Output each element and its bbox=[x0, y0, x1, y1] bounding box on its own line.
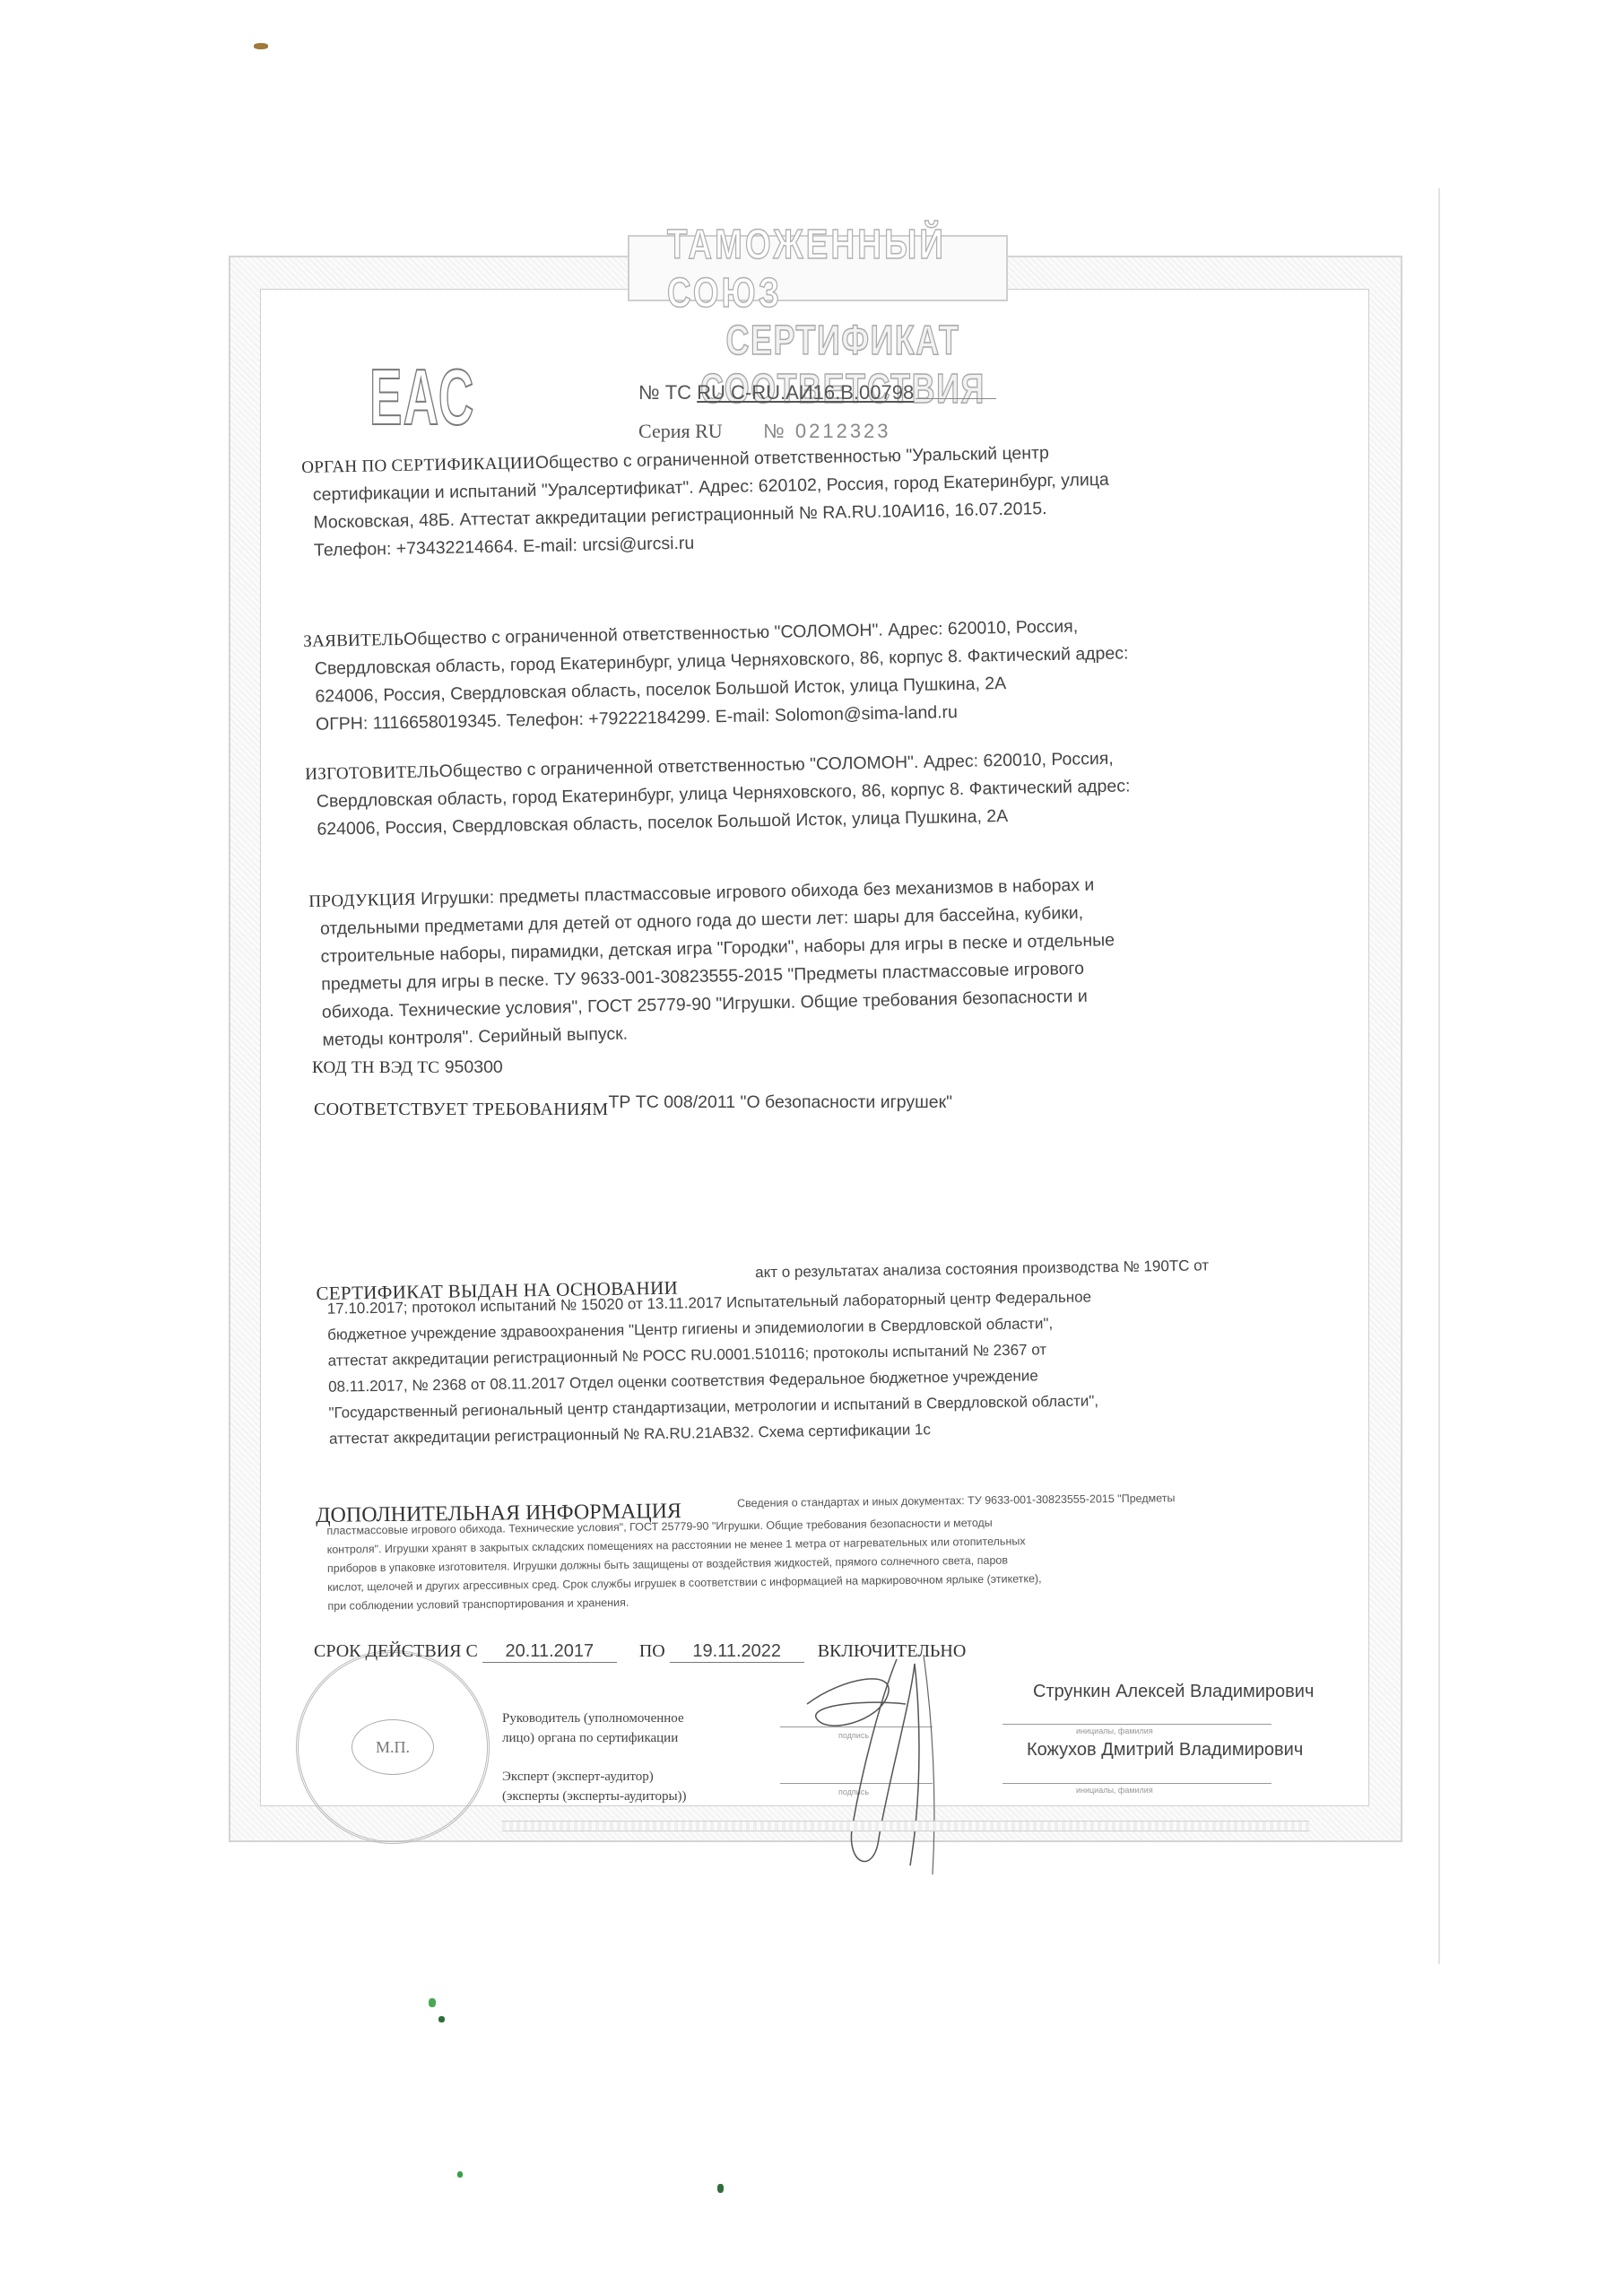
cert-body-section: ОРГАН ПО СЕРТИФИКАЦИИОбщество с ограниче… bbox=[301, 433, 1370, 565]
name-caption: инициалы, фамилия bbox=[1076, 1726, 1153, 1735]
head-name-line bbox=[1002, 1724, 1271, 1725]
product-section: ПРОДУКЦИЯ Игрушки: предметы пластмассовы… bbox=[308, 865, 1379, 1055]
validity-to-date: 19.11.2022 bbox=[670, 1641, 804, 1663]
banner-text: ТАМОЖЕННЫЙ СОЮЗ bbox=[667, 220, 968, 317]
expert-role-line: (эксперты (эксперты-аудиторы)) bbox=[502, 1787, 687, 1806]
basis-section: акт о результатах анализа состояния прои… bbox=[316, 1249, 1385, 1452]
conformity-value: ТР ТС 008/2011 "О безопасности игрушек" bbox=[608, 1092, 952, 1112]
expert-role: Эксперт (эксперт-аудитор) (эксперты (экс… bbox=[502, 1767, 687, 1806]
scan-speck bbox=[254, 43, 268, 49]
series-number: № 0212323 bbox=[763, 420, 890, 442]
expert-name: Кожухов Дмитрий Владимирович bbox=[1027, 1740, 1303, 1761]
additional-info-section: Сведения о стандартах и иных документах:… bbox=[316, 1486, 1384, 1616]
stamp-mp-text: М.П. bbox=[352, 1719, 434, 1775]
expert-role-line: Эксперт (эксперт-аудитор) bbox=[502, 1767, 687, 1787]
head-role: Руководитель (уполномоченное лицо) орган… bbox=[502, 1709, 684, 1748]
scan-speck bbox=[457, 2171, 463, 2178]
name-caption: инициалы, фамилия bbox=[1076, 1786, 1153, 1795]
cert-prefix: № ТС bbox=[638, 381, 691, 404]
official-stamp: М.П. bbox=[296, 1650, 490, 1844]
head-role-line: Руководитель (уполномоченное bbox=[502, 1709, 684, 1728]
validity-from-label: СРОК ДЕЙСТВИЯ С bbox=[314, 1641, 478, 1661]
tn-ved-value: 950300 bbox=[445, 1057, 503, 1077]
cert-number-value: RU C-RU.АИ16.В.00798 bbox=[697, 381, 914, 404]
applicant-label: ЗАЯВИТЕЛЬ bbox=[303, 631, 404, 651]
handwritten-signature-icon bbox=[789, 1650, 968, 1883]
product-label: ПРОДУКЦИЯ bbox=[308, 890, 416, 910]
tn-ved-row: КОД ТН ВЭД ТС 950300 bbox=[312, 1054, 503, 1082]
basis-label-text: СЕРТИФИКАТ ВЫДАН НА ОСНОВАНИИ bbox=[316, 1277, 678, 1304]
head-name: Стрункин Алексей Владимирович bbox=[1033, 1682, 1314, 1702]
additional-info-label: ДОПОЛНИТЕЛЬНАЯ ИНФОРМАЦИЯ bbox=[316, 1502, 681, 1526]
validity-from-date: 20.11.2017 bbox=[482, 1641, 617, 1663]
scan-speck bbox=[438, 2016, 445, 2022]
validity-to-label: ПО bbox=[639, 1641, 665, 1661]
tn-ved-label: КОД ТН ВЭД ТС bbox=[312, 1058, 439, 1077]
eac-logo-icon: ЕАС bbox=[369, 352, 475, 443]
conformity-label: СООТВЕТСТВУЕТ ТРЕБОВАНИЯМ bbox=[314, 1100, 608, 1119]
expert-name-line bbox=[1002, 1783, 1271, 1784]
head-role-line: лицо) органа по сертификации bbox=[502, 1728, 684, 1748]
certificate-number: № ТС RU C-RU.АИ16.В.00798 bbox=[638, 381, 996, 404]
customs-union-banner: ТАМОЖЕННЫЙ СОЮЗ bbox=[628, 235, 1008, 301]
manufacturer-label: ИЗГОТОВИТЕЛЬ bbox=[305, 762, 439, 784]
bottom-ornament bbox=[502, 1821, 1309, 1831]
series-row: Серия RU № 0212323 bbox=[638, 420, 891, 443]
basis-label: СЕРТИФИКАТ ВЫДАН НА ОСНОВАНИИ bbox=[316, 1275, 678, 1308]
scan-artifact-line bbox=[1438, 188, 1440, 1964]
cert-body-label: ОРГАН ПО СЕРТИФИКАЦИИ bbox=[301, 454, 535, 477]
scan-speck bbox=[429, 1998, 436, 2007]
applicant-section: ЗАЯВИТЕЛЬОбщество с ограниченной ответст… bbox=[303, 607, 1372, 739]
series-label: Серия RU bbox=[638, 420, 723, 442]
conformity-row: СООТВЕТСТВУЕТ ТРЕБОВАНИЯМТР ТС 008/2011 … bbox=[314, 1096, 952, 1124]
scan-speck bbox=[717, 2184, 724, 2193]
